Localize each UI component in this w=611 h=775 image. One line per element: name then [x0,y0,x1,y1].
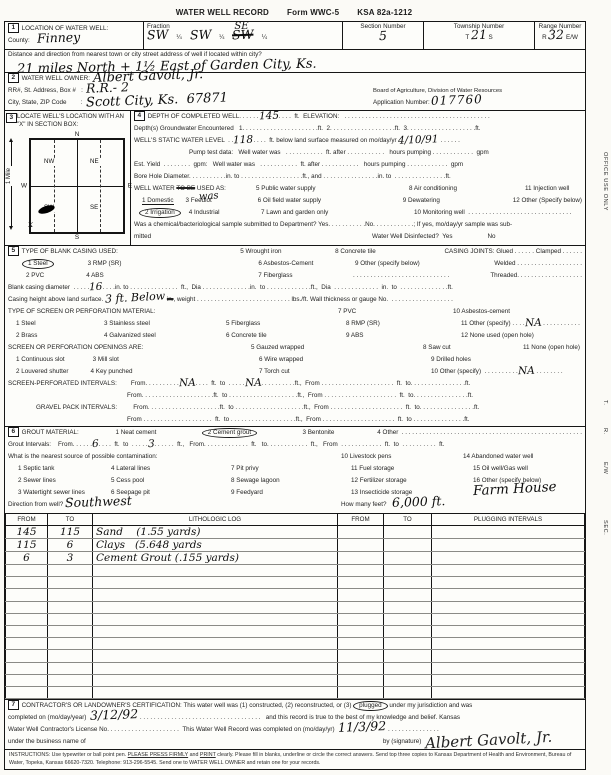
location-cell: 1LOCATION OF WATER WELL: County: Finney [5,22,144,49]
plug-from-cell [338,565,384,577]
casing-diameter-line: Blank casing diameter . . . . .16. . . .… [5,282,585,294]
openings-option-5: 5 Gauzed wrapped [251,342,423,354]
certification-line-2-post: . . . . . . . . . . . . . . . . . . . . … [138,714,460,721]
casing-option-6: 6 Asbestos-Cement [258,258,355,270]
use-row-b: 1 Domestic3 Feedlot6 Oil field water sup… [131,195,585,207]
county-label: County: [8,37,30,44]
table-row: 145 115 Sand (1.55 yards) [6,526,585,539]
litho-from-cell [6,601,48,613]
contam-option-12: 12 Fertilizer storage [351,475,473,487]
direction-wrap: Direction from well? Southwest [8,499,341,513]
disinfected-label: Water Well Disinfected? Yes No [372,231,582,243]
plug-to-cell [384,625,432,637]
use-option-1: 1 Domestic [142,197,174,205]
signature-wrap: by (signature) Albert Gavolt, Jr. [383,736,582,749]
litho-log-cell [93,565,338,577]
static-level-post-label: . . . . ft. below land surface measured … [253,137,396,144]
plug-to-cell [384,552,432,565]
casing-col1-r2: 1 Steel3 RMP (SR) [8,258,258,270]
screen-heading: TYPE OF SCREEN OR PERFORATION MATERIAL: [8,306,338,318]
contamination-heading: What is the nearest source of possible c… [8,451,341,463]
dots: . . . . . . . . . . . . . . . . . . . . [109,726,179,733]
openings-option-2: 2 Louvered shutter [16,368,69,375]
screen-option-12: 12 None used (open hole) [461,330,534,342]
certification-text-pre: CONTRACTOR'S OR LANDOWNER'S CERTIFICATIO… [22,702,352,709]
litho-to-cell [48,613,93,625]
use-option-4: 4 Industrial [189,209,220,216]
plug-interval-cell [432,526,585,539]
litho-log-cell: Sand (1.55 yards) [93,526,338,539]
gravel-pack-blanks-1: From. . . . . . . . . . . . . . . . . . … [133,404,479,411]
one-mile-label: 1 Mile [6,166,14,186]
section-number-cell: Section Number 5 [343,22,424,49]
litho-to-cell [48,686,93,698]
measured-date-value: 4/10/91 [398,137,439,143]
section6-block: 6GROUT MATERIAL:1 Neat cement2 Cement gr… [5,427,585,513]
openings-col1-r3: 2 Louvered shutter4 Key punched [8,366,259,378]
plug-interval-cell [432,577,585,589]
litho-from-cell [6,625,48,637]
application-number-line: Application Number: 017760 [370,97,585,109]
screen-row-1: TYPE OF SCREEN OR PERFORATION MATERIAL:7… [5,306,585,318]
distance-row: Distance and direction from nearest town… [5,50,585,73]
south-label: S [75,234,79,242]
litho-log-cell: Clays (5.648 yards [93,539,338,552]
dots: . . . . . . . . . . . [541,320,580,327]
plug-from-cell [338,526,384,539]
owner-left: 2WATER WELL OWNER: Albert Gavolt, Jr. RR… [5,73,370,110]
section3-heading: 3LOCATE WELL'S LOCATION WITH AN "X" IN S… [17,113,128,128]
litho-header: FROM TO LITHOLOGIC LOG FROM TO PLUGGING … [6,514,585,526]
casing-other-dots: . . . . . . . . . . . . . . . . . . . . … [353,270,462,282]
plug-from-cell [338,625,384,637]
plug-to-cell [384,565,432,577]
screen-option-5: 5 Fiberglass [226,318,346,330]
section-6-number: 6 [8,427,19,437]
litho-from-cell [6,674,48,686]
plug-interval-cell [432,650,585,662]
fraction-2-value: SW [190,32,212,39]
interval-na-1: NA [179,381,196,387]
direction-value: Southwest [65,498,132,505]
casing-threaded-label: Threaded. . . . . . . . . . . . . . . . … [462,270,582,282]
section3-heading-label: LOCATE WELL'S LOCATION WITH AN "X" IN SE… [17,113,124,128]
litho-to-cell [48,625,93,637]
plug-interval-cell [432,539,585,552]
arrow-down-icon [9,226,13,230]
record-completed-date: 11/3/92 [338,723,386,731]
litho-from-cell [6,650,48,662]
contam-option-11: 11 Fuel storage [351,463,473,475]
casing-heading-wrap: 5TYPE OF BLANK CASING USED: [8,246,240,258]
county-value: Finney [37,34,80,42]
form-body: 1LOCATION OF WATER WELL: County: Finney … [4,21,586,770]
quarter-label: ¼ [219,34,224,41]
plug-to-cell [384,674,432,686]
table-row [6,613,585,625]
table-row [6,662,585,674]
casing-height-struck-in: in. [167,296,174,303]
litho-to-cell [48,601,93,613]
use-option-9: 9 Dewatering [403,195,513,207]
casing-option-1-circled: 1 Steel [22,259,54,269]
completed-on-label: completed on (mo/day/year) [8,714,90,721]
static-level-line: WELL'S STATIC WATER LEVEL . .118. . . . … [131,135,585,147]
use-row-a: WELL WATER TO BE USED AS:5 Public water … [131,183,585,195]
grout-interval-to: 3 [148,442,155,447]
form-number: Form WWC-5 [287,8,339,17]
interval-na-2: NA [244,381,261,387]
litho-from-cell [6,565,48,577]
litho-to-cell [48,650,93,662]
table-row [6,565,585,577]
contam-option-5: 5 Cess pool [111,475,231,487]
plug-from-cell [338,552,384,565]
section5-block: 5TYPE OF BLANK CASING USED:5 Wrought iro… [5,246,585,427]
contam-option-2: 2 Sewer lines [8,475,111,487]
grout-intervals-label: Grout Intervals: From. . . . . . [8,441,92,448]
litho-log-cell [93,674,338,686]
range-cell: Range Number R 32 E/W [535,22,585,49]
section-x-mark: x [28,222,33,230]
gravel-pack-line-2: From . . . . . . . . . . . . . . . . . .… [5,414,585,426]
litho-header-from: FROM [6,514,48,526]
feet-value: 6,000 ft. [392,498,446,505]
certification-block: 7CONTRACTOR'S OR LANDOWNER'S CERTIFICATI… [5,699,585,749]
litho-from-cell [6,638,48,650]
township-cell: Township Number T 21 S [424,22,535,49]
plug-interval-cell [432,625,585,637]
section-1-number: 1 [8,23,19,33]
certification-text-post: under my jurisdiction and was [388,702,473,709]
plug-to-cell [384,662,432,674]
openings-option-11: 11 None (open hole) [523,342,580,354]
litho-to-cell: 3 [48,552,93,565]
litho-from-cell [6,577,48,589]
owner-line: 2WATER WELL OWNER: Albert Gavolt, Jr. [5,73,370,85]
record-completed-label: This Water Well Record was completed on … [182,726,334,733]
section-box-diagram: N S W E NW NE SW SE x [29,138,125,234]
use-heading-pre: WELL WATER [134,185,176,192]
openings-option-8: 8 Saw cut [423,342,523,354]
contamination-row-1: What is the nearest source of possible c… [5,451,585,463]
litho-log-cell [93,650,338,662]
screen-option-11-na: NA [524,321,541,327]
openings-option-10-wrap: 10 Other (specify) . . . . . . . . . .NA… [431,366,563,378]
water-well-record-form: WATER WELL RECORDForm WWC-5KSA 82a-1212 … [0,0,611,775]
screen-option-3: 3 Stainless steel [104,318,226,330]
openings-row-3: 2 Louvered shutter4 Key punched7 Torch c… [5,366,585,378]
casing-option-5: 5 Wrought iron [240,246,335,258]
plug-header-from: FROM [338,514,384,526]
use-option-10: 10 Monitoring well . . . . . . . . . . .… [414,207,571,219]
application-number-value: 017760 [431,97,483,104]
address-value: R.R.- 2 [86,84,129,91]
use-option-6: 6 Oil field water supply [258,195,403,207]
form-statute: KSA 82a-1212 [357,8,412,17]
casing-height-line: Casing height above land surface. 3 ft. … [5,294,585,306]
depth-line: 4DEPTH OF COMPLETED WELL. . . . . .145. … [131,111,585,123]
grout-option-1: 1 Neat cement [115,427,201,439]
plug-from-cell [338,601,384,613]
section-3-number: 3 [6,113,17,123]
office-use-only-label: OFFICE USE ONLY [602,152,608,211]
plug-from-cell [338,539,384,552]
openings-option-3: 3 Mill slot [93,356,119,363]
openings-option-1: 1 Continuous slot [16,356,65,363]
section-7-number: 7 [8,700,19,710]
fraction-cell: Fraction SW¼SW¼SESW¼ [144,22,343,49]
plug-from-cell [338,613,384,625]
litho-log-cell [93,577,338,589]
city-line: City, State, ZIP Code : Scott City, Ks. … [5,97,370,109]
grout-heading-wrap: 6GROUT MATERIAL: [8,427,115,439]
plug-interval-cell [432,565,585,577]
signature-value: Albert Gavolt, Jr. [425,735,552,746]
elevation-label: . . . . ft. ELEVATION: . . . . . . . . .… [279,113,490,120]
plug-from-cell [338,589,384,601]
litho-body: 145 115 Sand (1.55 yards) 115 6 Clays (5… [6,526,585,699]
plug-to-cell [384,638,432,650]
contam-option-4: 4 Lateral lines [111,463,231,475]
section-5-number: 5 [8,246,19,256]
openings-row-1: SCREEN OR PERFORATION OPENINGS ARE:5 Gau… [5,342,585,354]
litho-header-log: LITHOLOGIC LOG [93,514,338,526]
casing-option-9: 9 Other (specify below) [355,258,466,270]
openings-option-7: 7 Torch cut [259,366,431,378]
litho-to-cell [48,638,93,650]
table-row [6,638,585,650]
openings-row-2: 1 Continuous slot3 Mill slot6 Wire wrapp… [5,354,585,366]
dots: . . . . . . [439,137,460,144]
quarter-label: ¼ [262,34,267,41]
north-label: N [75,131,80,139]
screen-option-1: 1 Steel [8,318,104,330]
use-col1-c: 2 Irrigation4 Industrial [134,207,261,219]
grout-option-2-circled: 2 Cement grout [202,428,257,438]
use-row-c: 2 Irrigation4 Industrial7 Lawn and garde… [131,207,585,219]
casing-height-post: , weight . . . . . . . . . . . . . . . .… [174,296,453,303]
section3-4-row: 3LOCATE WELL'S LOCATION WITH AN "X" IN S… [5,111,585,246]
screen-option-8: 8 RMP (SR) [346,318,461,330]
litho-log-cell [93,625,338,637]
litho-to-cell [48,589,93,601]
screen-option-2: 2 Brass [8,330,104,342]
range-value: 32 [548,32,564,39]
casing-welded-label: Welded . . . . . . . . . . . . . . . . .… [466,258,582,270]
litho-header-to: TO [48,514,93,526]
contam-other-farm-house: Farm House [473,481,557,497]
use-option-8: 8 Air conditioning [409,183,525,195]
interval-from: From. . . . . . . . . . [131,380,179,387]
how-many-feet-label: How many feet? [341,501,387,508]
township-line: T 21 S [427,32,531,41]
plug-from-cell [338,662,384,674]
plug-to-cell [384,589,432,601]
use-option-11: 11 Injection well [525,183,569,195]
license-no-label: Water Well Contractor's License No. [8,726,109,733]
one-mile-scale: 1 Mile [7,138,15,230]
interval-post: . . . . . . . . . .ft., From . . . . . .… [261,380,470,387]
plug-to-cell [384,539,432,552]
mitted-label: mitted [134,231,372,243]
plug-from-cell [338,650,384,662]
plug-to-cell [384,526,432,539]
bore-hole-line: Bore Hole Diameter. . . . . . . . . . .i… [131,171,585,183]
litho-to-cell: 115 [48,526,93,539]
contam-option-9: 9 Feedyard [231,487,351,499]
gravel-pack-label: GRAVEL PACK INTERVALS: [8,404,117,411]
address-label: RR#, St. Address, Box # : [8,87,83,94]
plug-from-cell [338,638,384,650]
casing-joints-label: CASING JOINTS: Glued . . . . . . Clamped… [444,246,582,258]
casing-diameter-value: 16 [89,285,103,290]
casing-option-3: 3 RMP (SR) [88,260,122,267]
contam-option-15: 15 Oil well/Gas well [473,463,528,475]
press-firmly-underlined: PLEASE PRESS FIRMLY [128,752,188,758]
table-row [6,650,585,662]
use-option-2-circled: 2 Irrigation [139,208,181,218]
plug-interval-cell [432,686,585,698]
litho-from-cell: 6 [6,552,48,565]
section-box-cell: 3LOCATE WELL'S LOCATION WITH AN "X" IN S… [5,111,131,245]
plugged-circled: plugged [353,701,387,711]
plug-interval-cell [432,674,585,686]
west-label: W [21,182,27,190]
plug-to-cell [384,613,432,625]
screen-row-2: 1 Steel3 Stainless steel5 Fiberglass8 RM… [5,318,585,330]
plug-interval-cell [432,613,585,625]
screen-intervals-line-2: From. . . . . . . . . . . . . . . . . . … [5,390,585,402]
plug-header-intervals: PLUGGING INTERVALS [432,514,585,526]
instructions-and: and [190,752,199,758]
openings-option-6: 6 Wire wrapped [259,354,431,366]
table-row [6,577,585,589]
section4-cell: 4DEPTH OF COMPLETED WELL. . . . . .145. … [131,111,585,245]
screen-option-11-wrap: 11 Other (specify) . . . .NA . . . . . .… [461,318,580,330]
fraction-values: SW¼SW¼SESW¼ [147,32,339,41]
form-title-row: WATER WELL RECORDForm WWC-5KSA 82a-1212 [0,8,588,17]
contam-option-10: 10 Livestock pens [341,451,463,463]
contamination-row-2: 1 Septic tank4 Lateral lines7 Pit privy1… [5,463,585,475]
plug-from-cell [338,674,384,686]
plug-to-cell [384,686,432,698]
grout-intervals-line: Grout Intervals: From. . . . . .6. . . .… [5,439,585,451]
litho-to-cell: 6 [48,539,93,552]
grout-heading: GROUT MATERIAL: [22,429,79,436]
contam-option-14: 14 Abandoned water well [463,451,533,463]
openings-option-10: 10 Other (specify) . . . . . . . . . . [431,368,518,375]
casing-option-7: 7 Fiberglass [258,270,353,282]
grout-option-2-wrap: 2 Cement grout [202,427,303,439]
litho-from-cell [6,589,48,601]
ne-quadrant-label: NE [88,158,101,166]
plug-interval-cell [432,589,585,601]
instructions-block: INSTRUCTIONS: Use typewriter or ball poi… [5,749,585,769]
litho-to-cell [48,565,93,577]
dots: . . . . . . . . . . . . . . . [386,726,439,733]
casing-height-value: 3 ft. Below [105,293,165,301]
depth-value: 145 [258,114,278,120]
screen-row-3: 2 Brass4 Galvanized steel6 Concrete tile… [5,330,585,342]
city-value: Scott City, Ks. 67871 [86,96,228,106]
table-row: 115 6 Clays (5.648 yards [6,539,585,552]
center-horizontal-line [31,186,123,187]
openings-col1-r2: 1 Continuous slot3 Mill slot [8,354,259,366]
casing-col1-r3: 2 PVC4 ABS [8,270,258,282]
section-2-number: 2 [8,73,19,83]
use-option-5: 5 Public water supply [256,183,409,195]
litho-log-cell: Cement Grout (.155 yards) [93,552,338,565]
range-r: R [542,34,547,41]
township-value: 21 [471,32,487,39]
plug-from-cell [338,686,384,698]
depth-label: DEPTH OF COMPLETED WELL. . . . . . [148,113,259,120]
business-name-label: under the business name of [8,736,383,749]
table-row: 6 3 Cement Grout (.155 yards) [6,552,585,565]
table-row [6,686,585,698]
nw-quadrant-label: NW [42,158,56,166]
location-header-row: 1LOCATION OF WATER WELL: County: Finney … [5,22,585,50]
casing-row-1: 5TYPE OF BLANK CASING USED:5 Wrought iro… [5,246,585,258]
instructions-pre: INSTRUCTIONS: Use typewriter or ball poi… [9,752,126,758]
litho-to-cell [48,577,93,589]
table-row [6,601,585,613]
litho-from-cell: 145 [6,526,48,539]
litho-from-cell [6,613,48,625]
completed-date-value: 3/12/92 [90,711,138,719]
margin-r-label: R. [602,428,608,435]
dots: . . . . . . . . [535,368,563,375]
section-4-number: 4 [134,111,145,121]
grout-intervals-post: . . . . . . ft., From. . . . . . . . . .… [154,441,444,448]
grout-option-3: 3 Bentonite [302,427,377,439]
openings-option-4: 4 Key punched [91,368,133,375]
fraction-3-wrap: SESW [232,32,253,41]
litho-log-cell [93,686,338,698]
owner-row: 2WATER WELL OWNER: Albert Gavolt, Jr. RR… [5,73,585,111]
litho-from-cell: 115 [6,539,48,552]
dashed-line [100,140,101,232]
casing-option-8: 8 Concrete tile [335,246,444,258]
casing-row-2: 1 Steel3 RMP (SR)6 Asbestos-Cement9 Othe… [5,258,585,270]
casing-option-4: 4 ABS [86,272,104,279]
interval-mid: . . . . ft. to . . . . . [196,380,245,387]
plug-to-cell [384,601,432,613]
owner-heading: WATER WELL OWNER: [22,75,90,82]
city-label: City, State, ZIP Code : [8,99,82,106]
table-row [6,625,585,637]
litho-log-cell [93,638,338,650]
litho-from-cell [6,662,48,674]
well-location-mark-icon [37,204,55,216]
dashed-line [54,140,55,232]
owner-right: Board of Agriculture, Division of Water … [370,73,585,110]
plug-header-to: TO [384,514,432,526]
table-row [6,674,585,686]
range-ew: E/W [566,34,578,41]
contam-option-7: 7 Pit privy [231,463,351,475]
screen-intervals-label: SCREEN-PERFORATED INTERVALS: [8,380,117,387]
plug-to-cell [384,650,432,662]
litho-from-cell [6,686,48,698]
est-yield-line: Est. Yield . . . . . . . . gpm: Well wat… [131,159,585,171]
static-level-value: 118 [233,138,253,144]
contam-option-8: 8 Sewage lagoon [231,475,351,487]
pump-test-line: Pump test data: Well water was . . . . .… [131,147,585,159]
certification-line-2: completed on (mo/day/year) 3/12/92 . . .… [5,712,585,724]
casing-heading: TYPE OF BLANK CASING USED: [22,248,118,255]
